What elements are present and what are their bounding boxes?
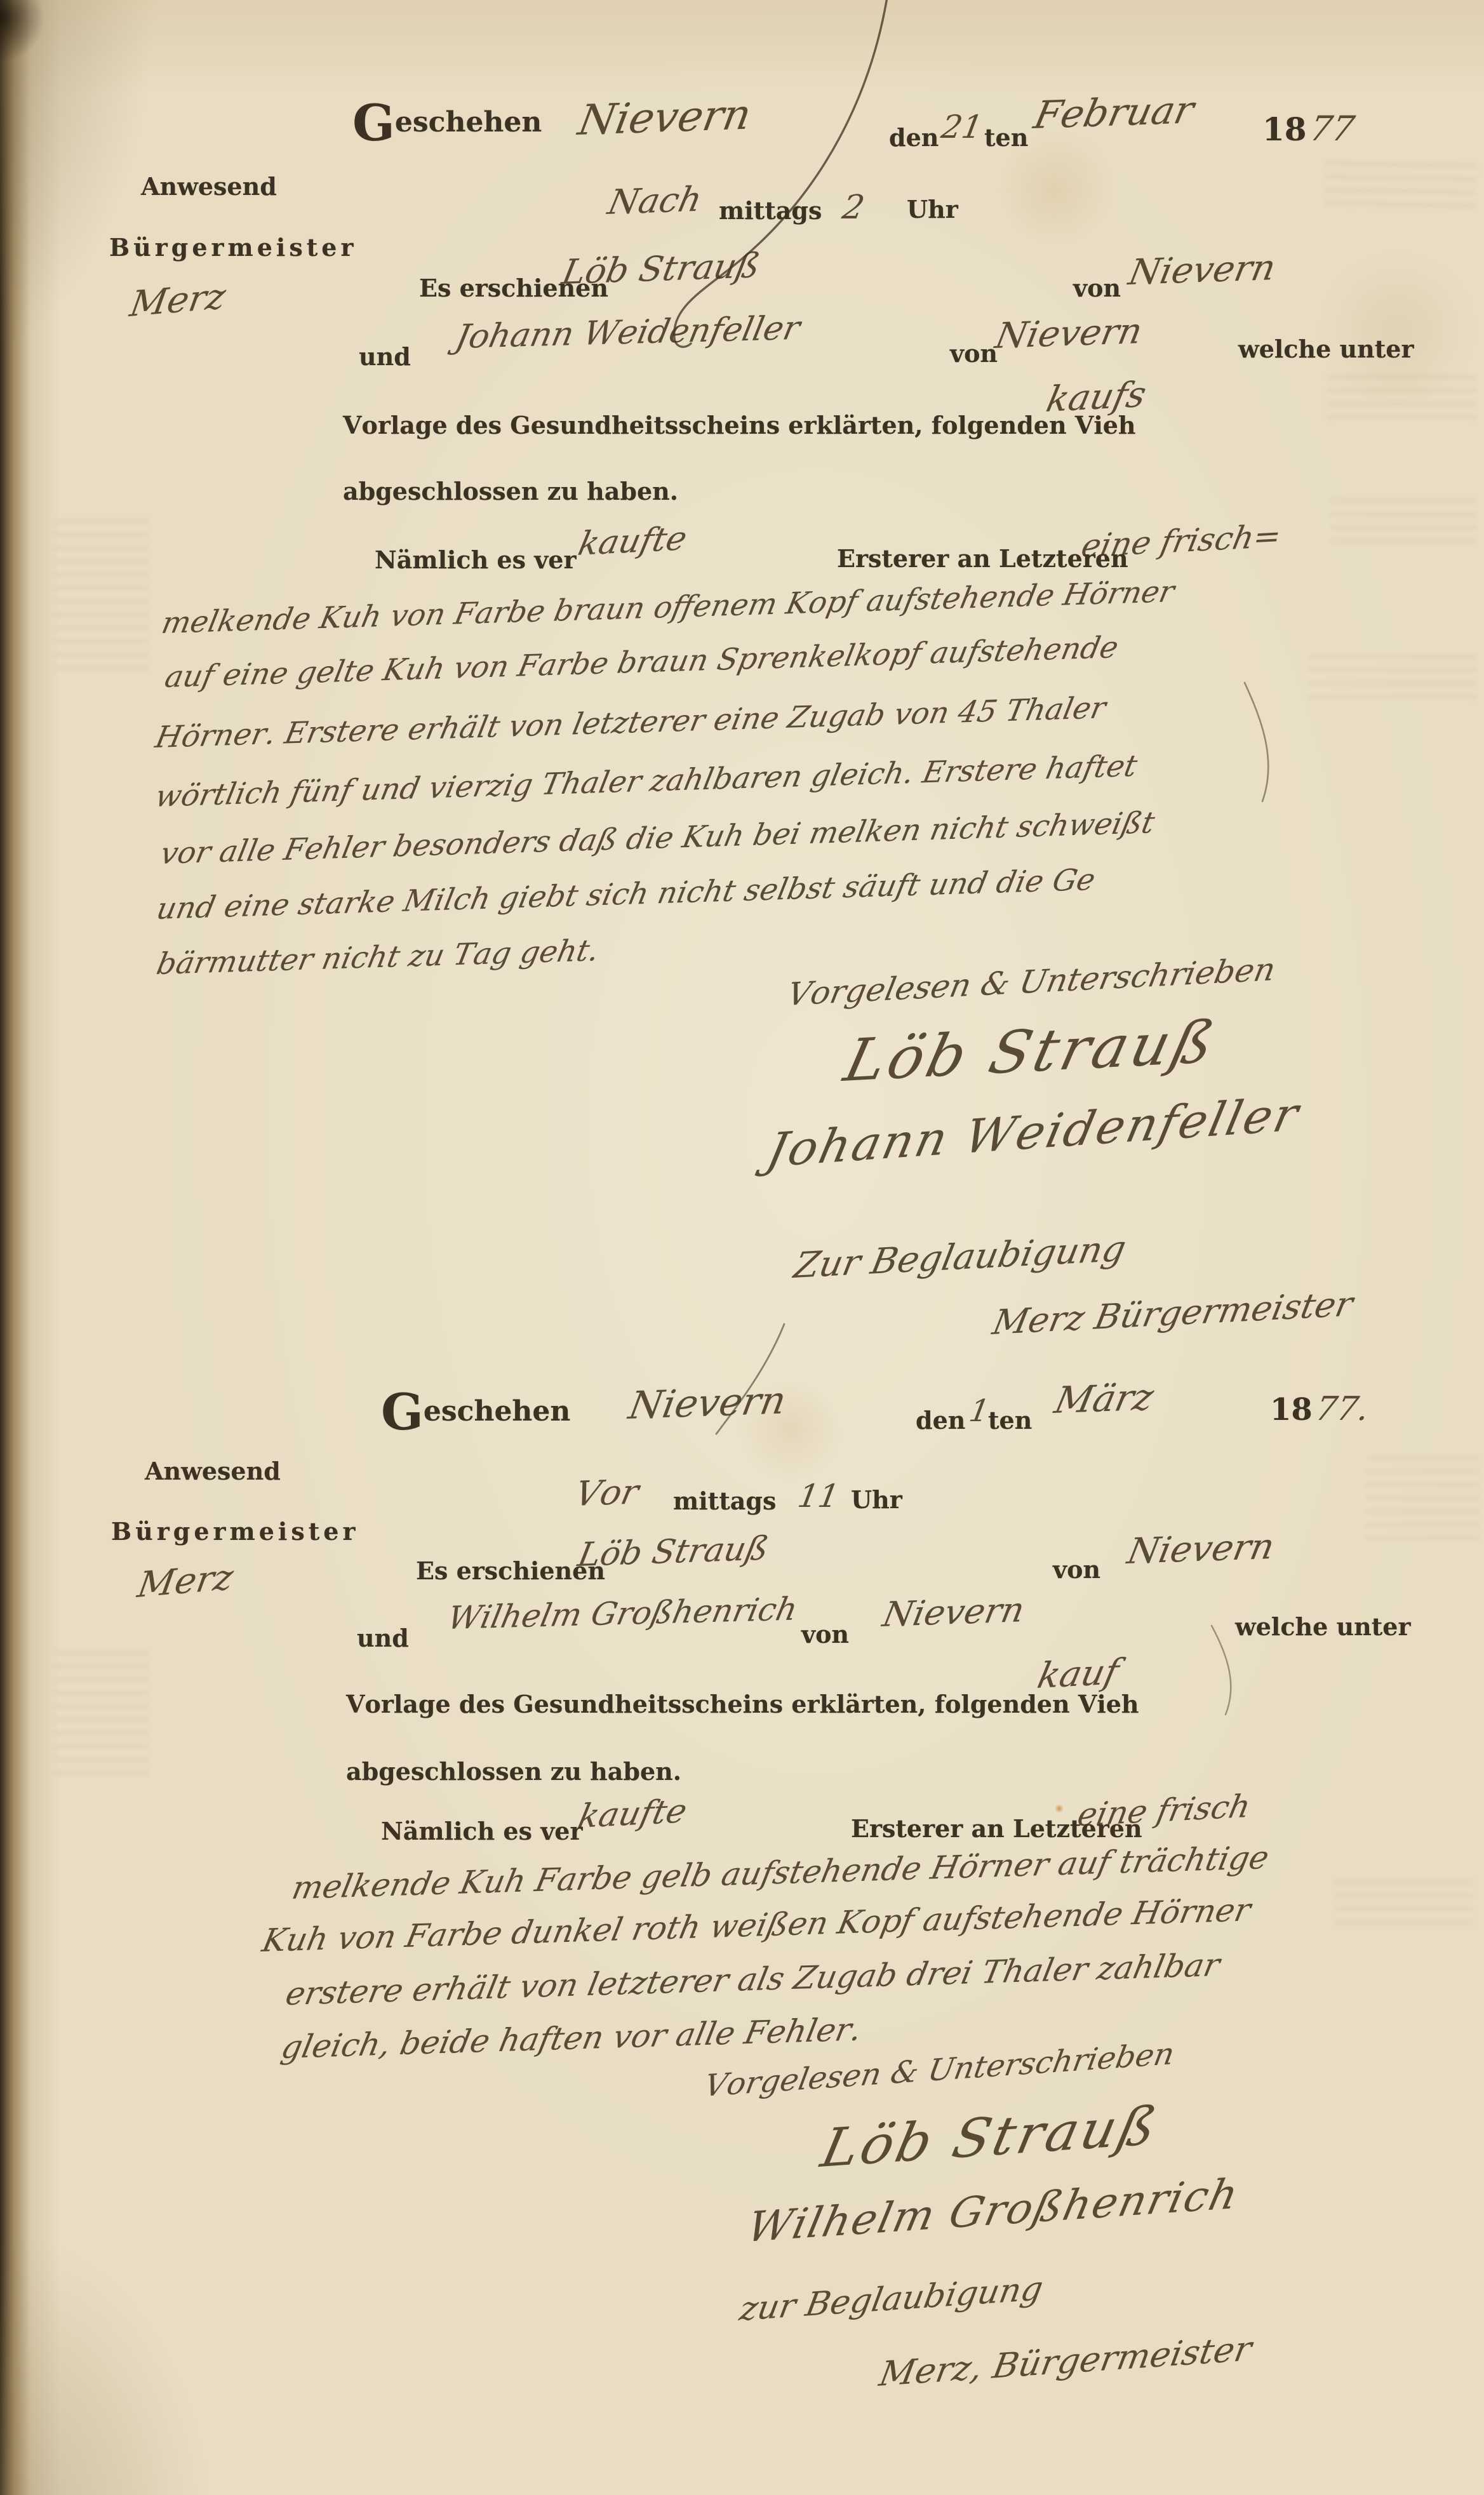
geschehen-initial: G <box>381 1383 424 1441</box>
kaufte-entry: kaufte <box>575 1793 690 1836</box>
uhr-label: Uhr <box>851 1486 902 1514</box>
signature-party1: Löb Strauß <box>816 2095 1165 2179</box>
month-entry: März <box>1051 1376 1158 1422</box>
body-line: gleich, beide haften vor alle Fehler. <box>278 2012 865 2066</box>
und-label: und <box>357 1624 409 1652</box>
place1-entry: Nievern <box>1124 1527 1278 1572</box>
signature-party2: Wilhelm Großhenrich <box>743 2170 1243 2252</box>
place-entry: Nievern <box>625 1379 789 1428</box>
von-label: von <box>1053 1556 1100 1584</box>
year-hand: 77. <box>1313 1391 1372 1429</box>
naemlich-label: Nämlich es ver <box>381 1817 583 1845</box>
party1-entry: Löb Strauß <box>575 1530 772 1575</box>
mayor-signature: Merz, Bürgermeister <box>876 2329 1255 2394</box>
margin-buergermeister: Bürgermeister <box>111 1518 359 1546</box>
margin-mayor-name: Merz <box>135 1557 236 1606</box>
hour-entry: 11 <box>795 1478 842 1515</box>
record-2: Geschehen Nievern den 1 ten März 1877. A… <box>0 0 1484 2495</box>
margin-anwesend: Anwesend <box>145 1457 281 1485</box>
attestation-line: zur Beglaubigung <box>737 2270 1046 2329</box>
geschehen-rest: eschehen <box>424 1395 571 1428</box>
von-label: von <box>801 1621 849 1649</box>
body-line: eine frisch <box>1074 1788 1253 1833</box>
daypart-entry: Vor <box>572 1473 642 1514</box>
deal-type-entry: kauf <box>1034 1652 1123 1697</box>
body-line: erstere erhält von letzterer als Zugab d… <box>283 1947 1223 2012</box>
place2-entry: Nievern <box>879 1590 1027 1635</box>
scanned-register-page: Geschehen Nievern den 21 ten Februar 187… <box>0 0 1484 2495</box>
vorlage-line: Vorlage des Gesundheitsscheins erklärten… <box>346 1690 1139 1718</box>
year: 1877. <box>1270 1391 1365 1429</box>
party2-entry: Wilhelm Großhenrich <box>445 1591 801 1637</box>
den-label: den <box>916 1407 965 1435</box>
mittags-label: mittags <box>673 1487 776 1515</box>
welche-unter-label: welche unter <box>1235 1613 1411 1641</box>
year-printed: 18 <box>1270 1392 1313 1428</box>
ten-label: ten <box>988 1407 1032 1435</box>
abgeschlossen-line: abgeschlossen zu haben. <box>346 1758 681 1786</box>
geschehen-label: Geschehen <box>381 1396 570 1428</box>
